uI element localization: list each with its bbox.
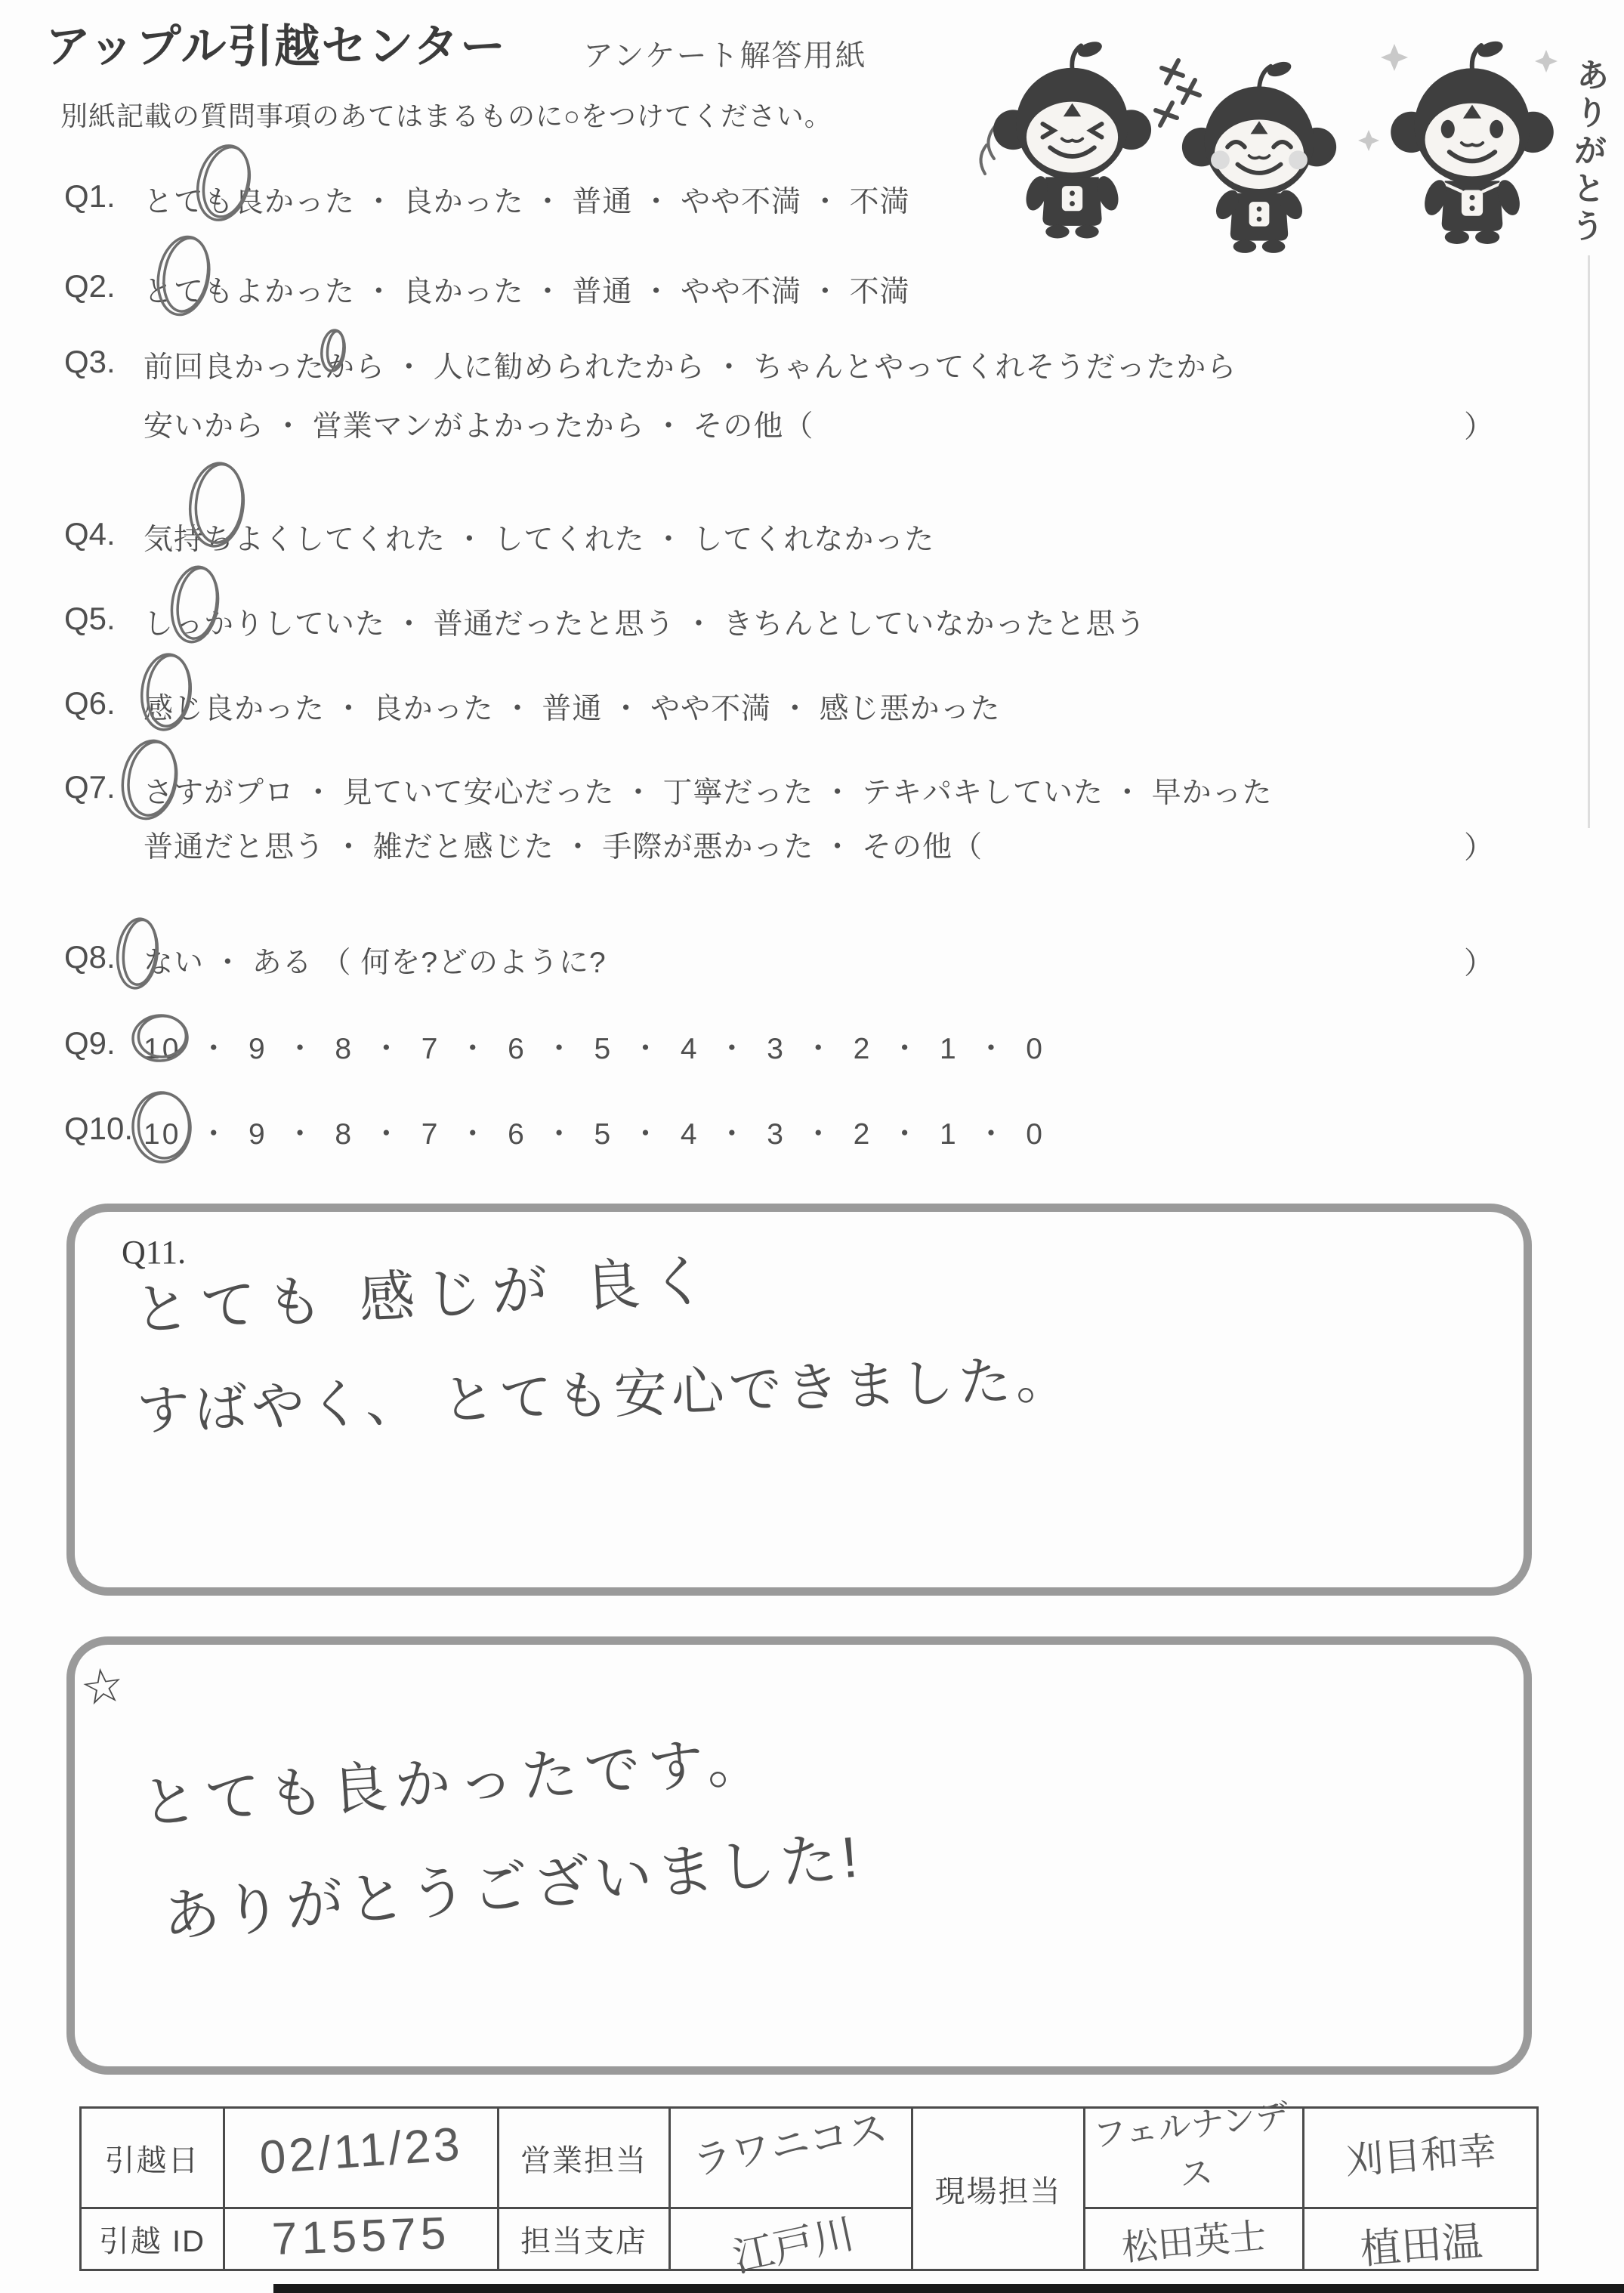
question-options: とてもよかった ・ 良かった ・ 普通 ・ やや不満 ・ 不満: [144, 268, 910, 311]
question-options: さすがプロ ・ 見ていて安心だった ・ 丁寧だった ・ テキパキしていた ・ 早…: [144, 769, 1273, 811]
sheet-type-label: アンケート解答用紙: [583, 32, 867, 75]
question-id: Q9.: [64, 1025, 116, 1062]
question-id: Q8.: [64, 939, 116, 975]
crew-name: フェルナンデス: [1085, 2108, 1304, 2208]
question-options: 普通だと思う ・ 雑だと感じた ・ 手際が悪かった ・ その他（: [144, 824, 983, 866]
question-scale: 10 ・ 9 ・ 8 ・ 7 ・ 6 ・ 5 ・ 4 ・ 3 ・ 2 ・ 1 ・…: [144, 1025, 1045, 1068]
crew-name: 刈目和幸: [1304, 2108, 1538, 2208]
footer-info-table: 引越日 02/11/23 営業担当 ラワニコス 現場担当 フェルナンデス 刈目和…: [79, 2106, 1539, 2271]
branch-value: 江戸川: [670, 2208, 912, 2270]
page-title: アップル引越センター: [45, 11, 507, 76]
sales-rep-value: ラワニコス: [670, 2108, 912, 2208]
close-paren: ）: [1464, 939, 1494, 982]
q11-answer-box: Q11. とても 感じが 良く すばやく、 とても安心できました。: [66, 1204, 1532, 1596]
mascot-illustration: ありがとう: [967, 23, 1624, 257]
crew-name: 松田英士: [1085, 2208, 1304, 2270]
question-id: Q10.: [64, 1111, 133, 1147]
branch-label: 担当支店: [499, 2208, 670, 2270]
scan-artifact-line: [1588, 255, 1590, 828]
question-options: とても良かった ・ 良かった ・ 普通 ・ やや不満 ・ 不満: [144, 178, 910, 221]
crew-name: 植田温: [1304, 2208, 1538, 2270]
question-id: Q2.: [64, 268, 116, 304]
thanks-vertical-text: ありがとう: [1558, 57, 1614, 270]
question-options: 安いから ・ 営業マンがよかったから ・ その他（: [144, 403, 814, 445]
move-date-value: 02/11/23: [224, 2108, 499, 2208]
move-id-value: 715575: [224, 2208, 499, 2270]
question-options: 前回良かったから ・ 人に勧められたから ・ ちゃんとやってくれそうだったから: [144, 344, 1237, 386]
monkey-mascot-icon: [991, 39, 1153, 239]
crew-label: 現場担当: [912, 2108, 1085, 2270]
handwritten-comment-line: すばやく、 とても安心できました。: [135, 1337, 1074, 1445]
question-options: 気持ちよくしてくれた ・ してくれた ・ してくれなかった: [144, 516, 934, 558]
question-options: 感じ良かった ・ 良かった ・ 普通 ・ やや不満 ・ 感じ悪かった: [144, 685, 1001, 728]
question-options: しっかりしていた ・ 普通だったと思う ・ きちんとしていなかったと思う: [144, 601, 1146, 643]
survey-answer-sheet: アップル引越センター アンケート解答用紙 別紙記載の質問事項のあてはまるものに○…: [0, 0, 1624, 2293]
close-paren: ）: [1464, 824, 1494, 867]
instruction-text: 別紙記載の質問事項のあてはまるものに○をつけてください。: [60, 95, 832, 134]
question-options: ない ・ ある （ 何を?どのように?: [144, 939, 607, 981]
move-id-label: 引越 ID: [81, 2208, 224, 2270]
close-paren: ）: [1464, 403, 1494, 446]
question-id: Q3.: [64, 344, 116, 380]
sales-rep-label: 営業担当: [499, 2108, 670, 2208]
handwritten-comment-line: とても良かったです。: [138, 1716, 772, 1840]
sparkle-icon: [1358, 130, 1379, 151]
scan-artifact-strip: [273, 2284, 1624, 2293]
question-id: Q1.: [64, 178, 116, 215]
handwritten-comment-line: ありがとうございました!: [159, 1810, 865, 1954]
question-id: Q4.: [64, 516, 116, 552]
star-icon: ☆: [77, 1655, 128, 1717]
monkey-mascot-icon: [1180, 59, 1338, 254]
move-date-label: 引越日: [81, 2108, 224, 2208]
question-id: Q7.: [64, 769, 116, 805]
question-id: Q5.: [64, 601, 116, 637]
handwritten-comment-line: とても 感じが 良く: [131, 1236, 719, 1346]
question-id: Q6.: [64, 685, 116, 722]
star-answer-box: ☆ とても良かったです。 ありがとうございました!: [66, 1636, 1532, 2075]
monkey-mascot-icon: [1388, 39, 1556, 245]
question-scale: 10 ・ 9 ・ 8 ・ 7 ・ 6 ・ 5 ・ 4 ・ 3 ・ 2 ・ 1 ・…: [144, 1111, 1045, 1153]
